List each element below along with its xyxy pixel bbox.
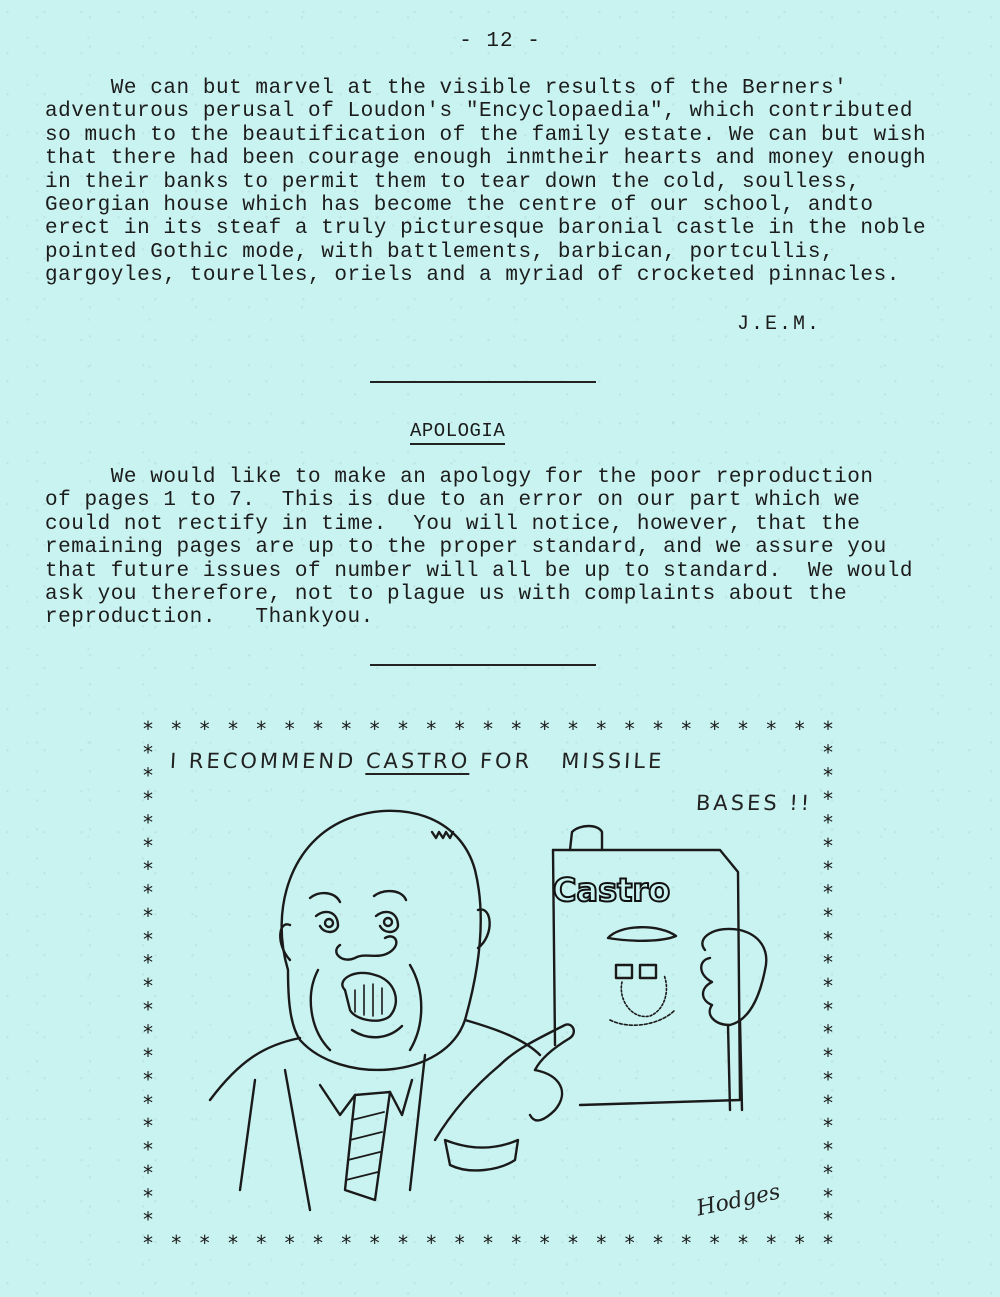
author-initials: J.E.M. <box>737 313 821 336</box>
section-divider <box>370 381 596 383</box>
cartoon-caption: I RECOMMEND CASTRO FOR MISSILE <box>169 749 665 773</box>
apology-paragraph: We would like to make an apology for the… <box>45 466 913 630</box>
caption-emphasis: CASTRO <box>365 749 471 775</box>
cartoon-caption-line2: BASES !! <box>695 791 812 815</box>
section-divider <box>370 664 596 666</box>
section-heading: APOLOGIA <box>410 420 505 445</box>
caption-text: I RECOMMEND <box>169 749 366 773</box>
caption-text: FOR MISSILE <box>470 749 665 773</box>
article-paragraph: We can but marvel at the visible results… <box>45 77 926 288</box>
cartoon-panel: ****************************************… <box>140 720 840 1260</box>
page-number: - 12 - <box>0 30 1000 53</box>
sign-title: Castro <box>553 871 670 909</box>
